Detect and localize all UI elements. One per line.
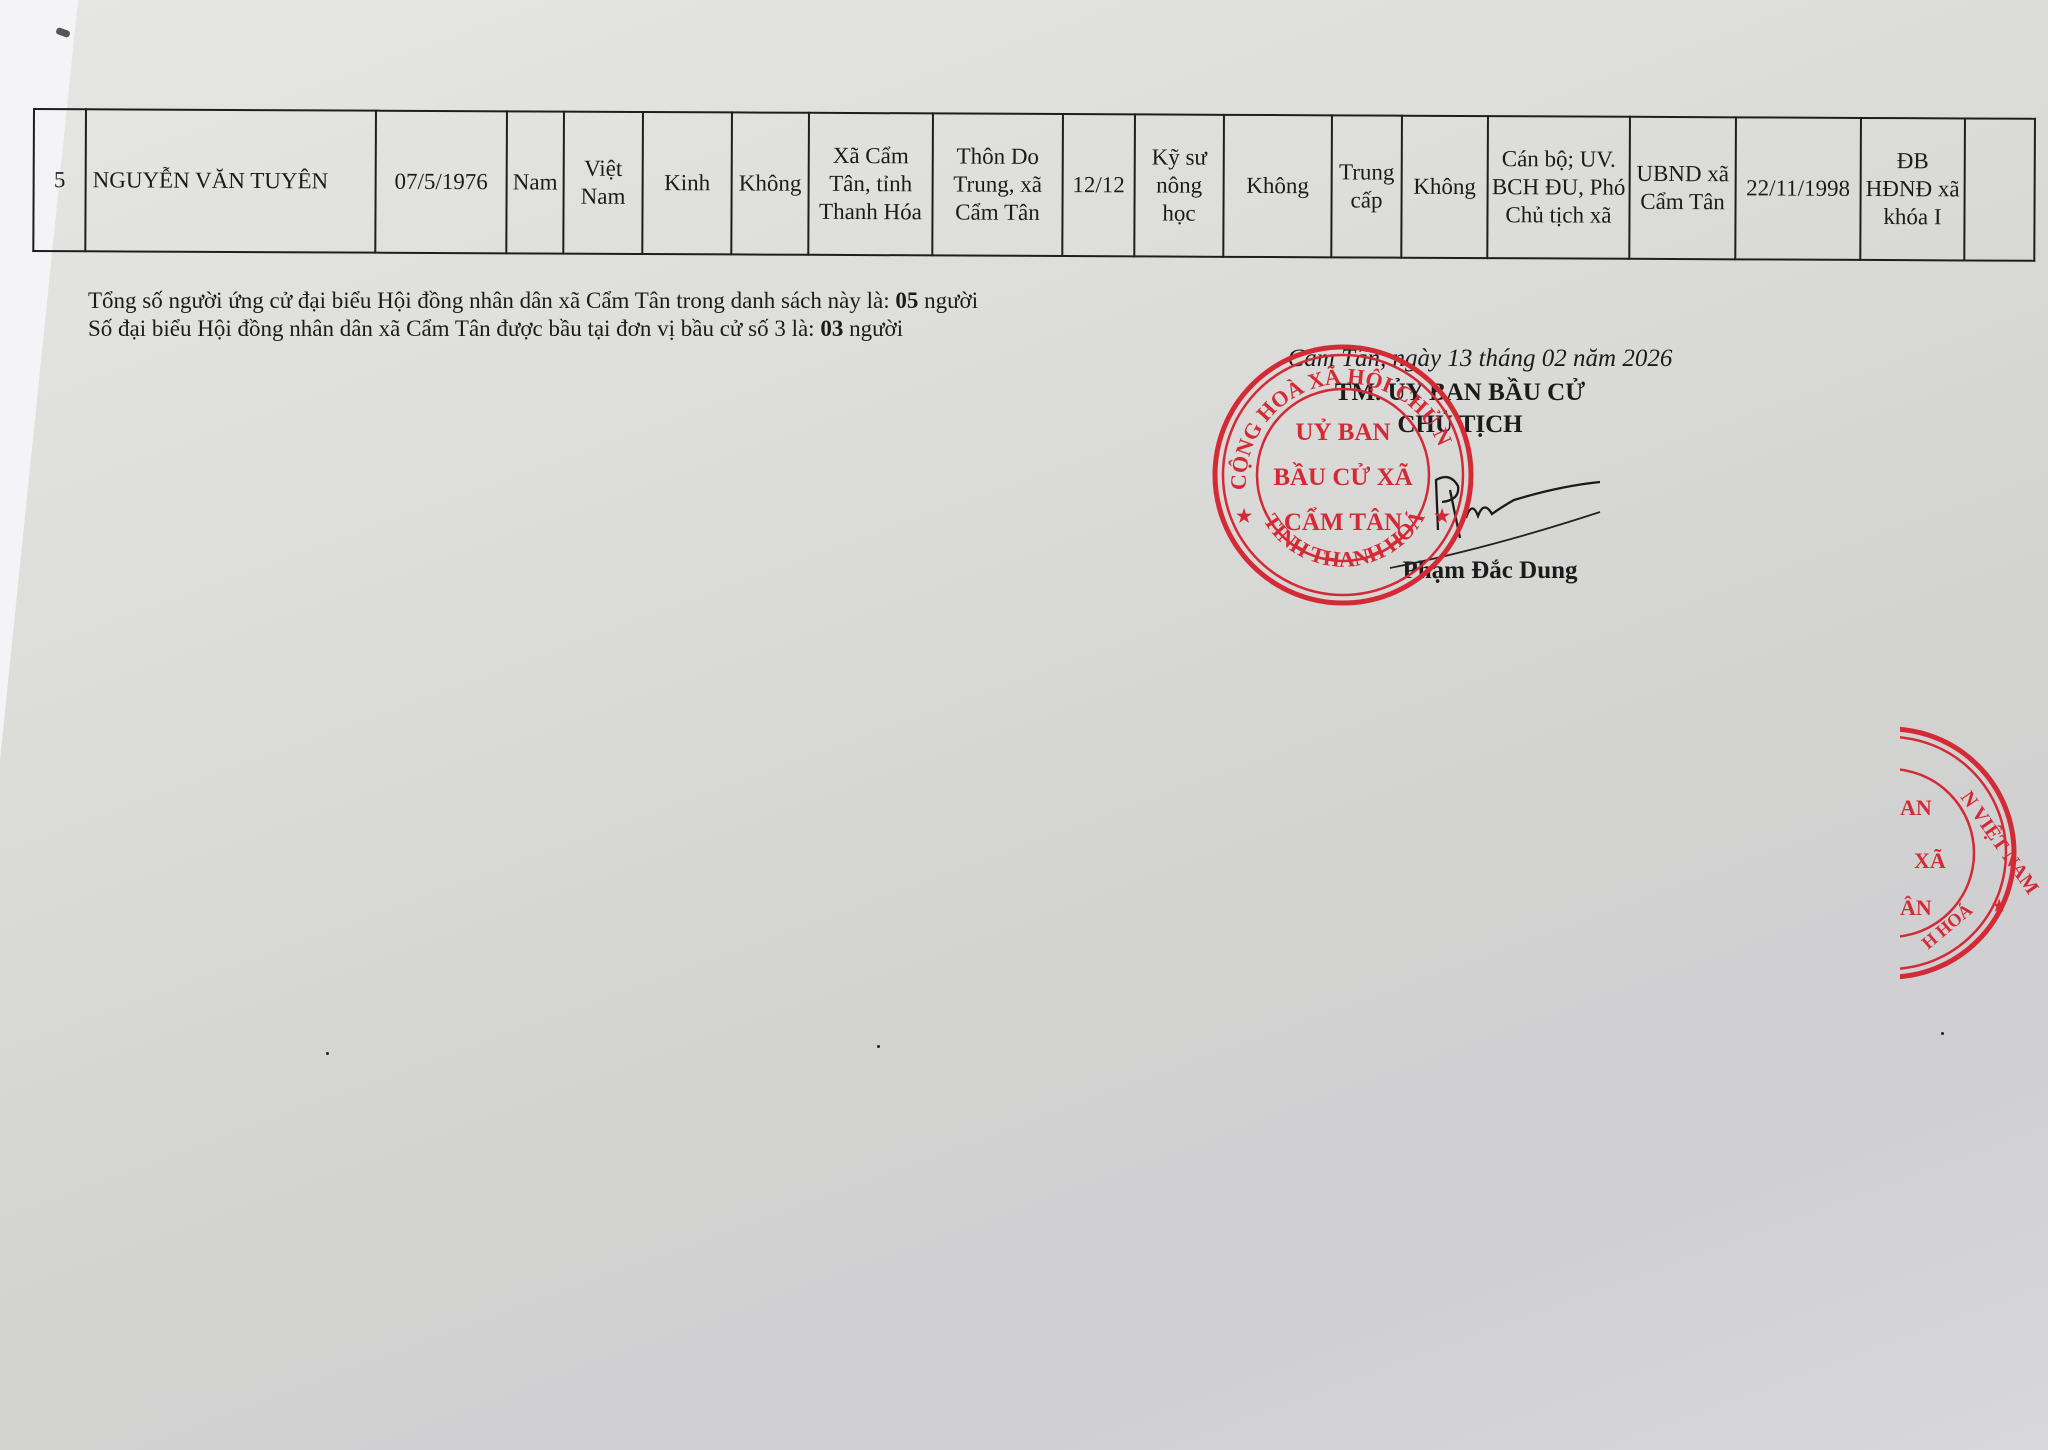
partial-stamp-line-2: XÃ <box>1914 848 1946 873</box>
cell-religion: Không <box>731 112 809 254</box>
partial-stamp-line-3: ÂN <box>1900 895 1932 920</box>
summary-total-candidates: Tổng số người ứng cử đại biểu Hội đồng n… <box>88 287 978 315</box>
cell-gender: Nam <box>506 111 564 253</box>
summary-block: Tổng số người ứng cử đại biểu Hội đồng n… <box>88 287 978 343</box>
partial-stamp-line-1: AN <box>1900 795 1932 820</box>
cell-hometown: Xã Cẩm Tân, tỉnh Thanh Hóa <box>808 113 933 256</box>
table-row: 5 NGUYỄN VĂN TUYÊN 07/5/1976 Nam Việt Na… <box>33 109 2035 261</box>
stamp-center-line-2: BẦU CỬ XÃ <box>1273 462 1412 491</box>
candidate-table: 5 NGUYỄN VĂN TUYÊN 07/5/1976 Nam Việt Na… <box>32 108 2036 262</box>
paper-speck <box>1941 1032 1944 1035</box>
partial-seal-stamp: N VIỆT NAM H HOÁ AN XÃ ÂN ★ <box>1900 725 2048 985</box>
cell-workplace: UBND xã Cẩm Tân <box>1629 117 1736 260</box>
cell-professional-degree: Kỹ sư nông học <box>1134 114 1224 256</box>
cell-residence: Thôn Do Trung, xã Cẩm Tân <box>932 113 1063 256</box>
cell-stt: 5 <box>33 109 86 251</box>
cell-political-theory: Trung cấp <box>1331 115 1402 257</box>
cell-academic-title: Không <box>1223 115 1332 258</box>
summary-elected-seats: Số đại biểu Hội đồng nhân dân xã Cẩm Tân… <box>88 315 978 343</box>
star-icon: ★ <box>1434 506 1451 526</box>
stamp-center-line-3: CẨM TÂN <box>1284 507 1402 536</box>
cell-occupation: Cán bộ; UV. BCH ĐU, Phó Chủ tịch xã <box>1487 116 1630 259</box>
stamp-center-line-1: UỶ BAN <box>1295 418 1390 446</box>
total-candidates-count: 05 <box>895 288 918 313</box>
cell-notes <box>1964 118 2035 260</box>
cell-foreign-language: Không <box>1401 116 1488 258</box>
cell-general-education: 12/12 <box>1062 114 1135 256</box>
cell-party-join-date: 22/11/1998 <box>1735 117 1861 260</box>
star-icon: ★ <box>1236 506 1253 526</box>
cell-dob: 07/5/1976 <box>375 111 507 254</box>
paper-speck <box>877 1045 880 1048</box>
paper-speck <box>326 1052 329 1055</box>
star-icon: ★ <box>1992 898 2007 915</box>
cell-ethnicity: Kinh <box>642 112 732 254</box>
official-seal-stamp: CỘNG HOÀ XÃ HỘI CHỦ NGHĨA VIỆT NAM TỈNH … <box>1208 340 1478 610</box>
cell-nationality: Việt Nam <box>563 112 643 254</box>
elected-seats-count: 03 <box>820 316 843 341</box>
cell-council-member: ĐB HĐNĐ xã khóa I <box>1860 118 1965 261</box>
cell-name: NGUYỄN VĂN TUYÊN <box>85 109 376 252</box>
